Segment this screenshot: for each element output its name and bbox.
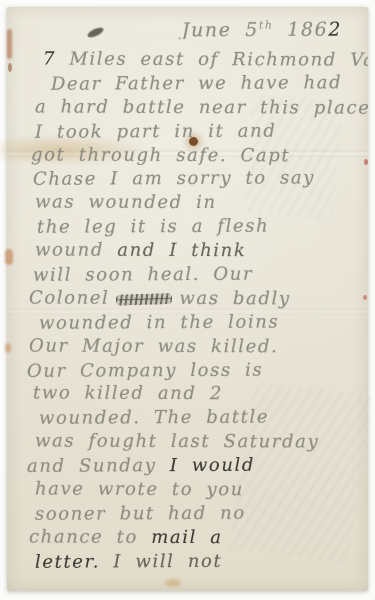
handwritten-text: mail a — [151, 527, 222, 548]
handwritten-text: a hard battle near this place — [35, 96, 368, 118]
letter-line: June 5th 1862 — [7, 12, 368, 40]
handwritten-text: I took part in it and — [35, 120, 277, 142]
letter-line: was wounded in — [7, 191, 368, 216]
handwritten-text: wound — [35, 240, 117, 261]
letter-line: Dear Father we have had — [7, 71, 368, 97]
letter-paper: June 5th 18627 Miles east of Richmond Va… — [7, 7, 368, 591]
handwritten-text: Dear Father we have had — [51, 72, 342, 95]
letter-line: Our Company loss is — [7, 358, 368, 384]
letter-line: got through safe. Capt — [7, 143, 368, 168]
handwritten-text: the leg it is a flesh — [37, 216, 269, 238]
handwritten-text: wounded. The battle — [39, 407, 269, 429]
letter-line: a hard battle near this place — [7, 95, 368, 120]
handwritten-text: wounded in the loins — [39, 311, 279, 333]
handwritten-text: Our Major was killed. — [29, 335, 278, 357]
letter-line: and Sunday I would — [7, 453, 368, 479]
handwritten-text: 2 — [328, 19, 342, 40]
handwritten-text: was fought last Saturday — [35, 431, 319, 453]
handwritten-text: was badly — [179, 288, 290, 309]
handwritten-text: letter. — [35, 551, 100, 572]
handwritten-text: 186 — [274, 19, 329, 40]
letter-line: have wrote to you — [7, 477, 368, 502]
handwritten-text: th — [259, 19, 274, 32]
letter-line: Chase I am sorry to say — [7, 167, 368, 193]
handwritten-text: June 5 — [182, 19, 259, 40]
handwritten-text: sooner but had no — [35, 503, 246, 525]
letter-line: wound and I think — [7, 238, 368, 263]
handwritten-text: have wrote to you — [35, 478, 244, 500]
letter-line: Colonelwas badly — [7, 286, 368, 311]
letter-line: was fought last Saturday — [7, 430, 368, 455]
handwritten-text: I would — [170, 455, 255, 476]
letter-line: chance to mail a — [7, 525, 368, 550]
letter-line: will soon heal. Our — [7, 262, 368, 288]
letter-line: Our Major was killed. — [7, 334, 368, 359]
letter-line: two killed and 2 — [7, 382, 368, 407]
handwritten-text: will soon heal. Our — [33, 264, 253, 286]
handwritten-text: two killed and 2 — [33, 383, 223, 405]
handwritten-text: 7 — [43, 48, 56, 69]
letter-line: sooner but had no — [7, 501, 368, 527]
letter-line: 7 Miles east of Richmond Va — [7, 47, 368, 72]
handwritten-text: was wounded in — [35, 192, 217, 214]
scribbled-out-word — [116, 293, 172, 306]
handwritten-text: and I think — [117, 240, 246, 261]
letter-body: June 5th 18627 Miles east of Richmond Va… — [7, 13, 368, 574]
letter-line: the leg it is a flesh — [7, 214, 368, 240]
letter-line: letter. I will not — [7, 549, 368, 575]
scanned-letter-page: June 5th 18627 Miles east of Richmond Va… — [0, 0, 375, 600]
handwritten-text: chance to — [29, 526, 151, 547]
letter-line: wounded in the loins — [7, 310, 368, 336]
handwritten-text: Colonel — [29, 287, 109, 308]
stain — [165, 579, 181, 587]
handwritten-text: Miles east of Richmond Va — [56, 49, 368, 71]
handwritten-text: Our Company loss is — [27, 359, 263, 381]
letter-line: I took part in it and — [7, 119, 368, 145]
handwritten-text: Chase I am sorry to say — [33, 168, 315, 190]
letter-line: wounded. The battle — [7, 405, 368, 431]
handwritten-text: got through safe. Capt — [31, 144, 290, 166]
handwritten-text: and Sunday — [27, 455, 170, 477]
handwritten-text: I will not — [100, 551, 222, 573]
